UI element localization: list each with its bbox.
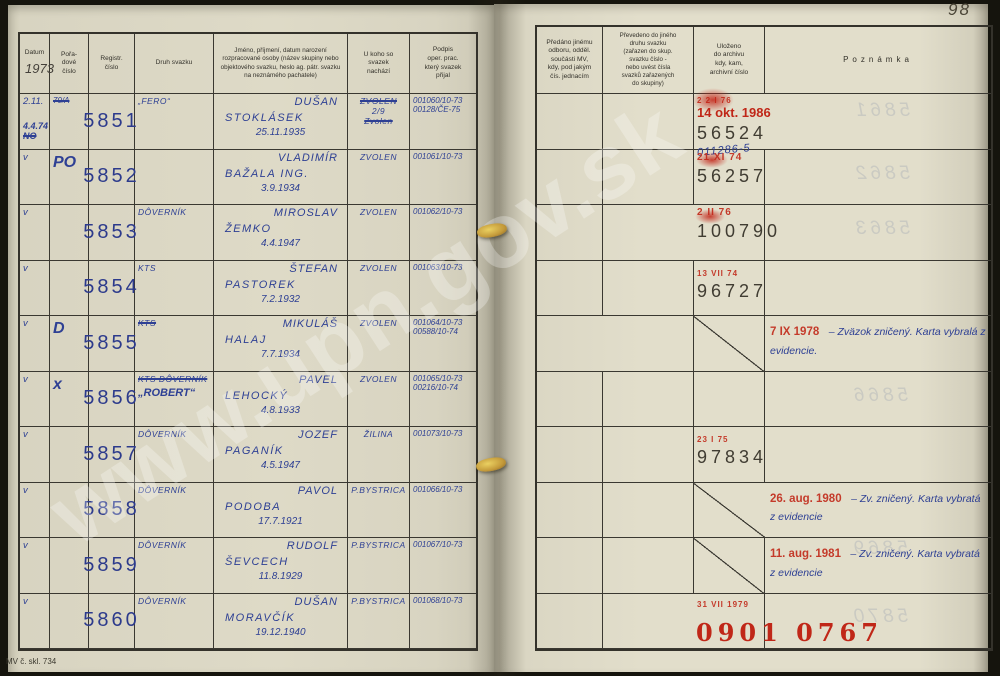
cell-podpis: 001073/10-73 — [410, 427, 476, 483]
header-podpis: Podpis oper. prac. který svazek přijal — [410, 34, 476, 94]
cell-prevedeno — [603, 150, 694, 206]
cell-predano — [537, 538, 603, 594]
ghost-number: 5863 — [852, 218, 910, 240]
header-poradove-cislo: Pořa- dové číslo — [50, 34, 89, 94]
cell-registr: 5851 — [89, 94, 135, 150]
cell-druh: DÔVERNÍK — [135, 205, 214, 261]
ink-blot — [696, 152, 728, 168]
cell-druh: KTS — [135, 316, 214, 372]
cell-jmeno: DUŠAN MORAVČÍK 19.12.1940 — [214, 594, 348, 650]
cell-ulozeno-crossed — [694, 316, 765, 372]
cell-poznamka: 7 IX 1978 – Zväzok zničený. Karta vybral… — [765, 316, 991, 372]
cell-podpis: 001061/10-73 — [410, 150, 476, 206]
cell-jmeno: MIROSLAV ŽEMKO 4.4.1947 — [214, 205, 348, 261]
cell-ukoho: P.BYSTRICA — [348, 483, 410, 539]
cell-datum: v — [20, 316, 50, 372]
cell-ukoho: ZVOLEN — [348, 205, 410, 261]
cell-datum: v — [20, 261, 50, 317]
cell-jmeno: DUŠAN STOKLÁSEK 25.11.1935 — [214, 94, 348, 150]
cell-registr: 5857 — [89, 427, 135, 483]
header-ulozeno: Uloženo do archivu kdy, kam, archivní čí… — [694, 27, 765, 94]
cell-datum: v — [20, 372, 50, 428]
ink-blot — [692, 88, 734, 112]
cell-ulozeno: 23 I 75 97834 — [694, 427, 765, 483]
cell-registr: 5859 — [89, 538, 135, 594]
cell-prevedeno — [603, 261, 694, 317]
header-poznamka: Poznámka — [765, 27, 991, 94]
cell-jmeno: ŠTEFAN PASTOREK 7.2.1932 — [214, 261, 348, 317]
cell-prevedeno — [603, 594, 694, 650]
cell-podpis: 001067/10-73 — [410, 538, 476, 594]
cell-ulozeno-crossed — [694, 538, 765, 594]
cell-prevedeno — [603, 483, 694, 539]
cell-ukoho: P.BYSTRICA — [348, 538, 410, 594]
cell-podpis: 001065/10-73 00216/10-74 — [410, 372, 476, 428]
cell-predano — [537, 427, 603, 483]
cell-ulozeno: 31 VII 1979 0901 0767 — [694, 594, 765, 650]
cell-ulozeno — [694, 372, 765, 428]
cell-druh: DÔVERNÍK — [135, 594, 214, 650]
cell-druh: DÔVERNÍK — [135, 483, 214, 539]
cell-registr: 5854 — [89, 261, 135, 317]
cell-jmeno: PAVOL PODOBA 17.7.1921 — [214, 483, 348, 539]
header-prevedeno: Převedeno do jiného druhu svazku (zařaze… — [603, 27, 694, 94]
ink-blot — [695, 209, 725, 224]
cell-datum: v — [20, 483, 50, 539]
cell-ukoho: ZVOLEN — [348, 261, 410, 317]
cell-jmeno: JOZEF PAGANÍK 4.5.1947 — [214, 427, 348, 483]
ghost-number: 5866 — [850, 385, 908, 407]
page-number: 98 — [948, 0, 971, 20]
cell-prevedeno — [603, 316, 694, 372]
cell-podpis: 001063/10-73 — [410, 261, 476, 317]
cell-druh: KTS DÔVERNÍK „ROBERT“ — [135, 372, 214, 428]
cell-jmeno: MIKULÁŠ HALAJ 7.7.1934 — [214, 316, 348, 372]
header-predano: Předáno jinému odboru, odděl. součásti M… — [537, 27, 603, 94]
cell-registr: 5860 — [89, 594, 135, 650]
cell-predano — [537, 94, 603, 150]
cell-druh — [135, 150, 214, 206]
cell-registr: 5855 — [89, 316, 135, 372]
cell-registr: 5853 — [89, 205, 135, 261]
cell-ukoho: ZVOLEN — [348, 372, 410, 428]
cell-jmeno: RUDOLF ŠEVCECH 11.8.1929 — [214, 538, 348, 594]
cell-predano — [537, 594, 603, 650]
ghost-number: 5869 — [850, 538, 908, 560]
cell-podpis: 001066/10-73 — [410, 483, 476, 539]
cell-predano — [537, 150, 603, 206]
cell-registr: 5858 — [89, 483, 135, 539]
cell-predano — [537, 261, 603, 317]
cell-podpis: 001060/10-73 00128/ČE-75 — [410, 94, 476, 150]
cell-jmeno: PAVEL LEHOCKÝ 4.8.1933 — [214, 372, 348, 428]
cell-druh: „FERO“ — [135, 94, 214, 150]
cell-registr: 5856 — [89, 372, 135, 428]
cell-datum: v — [20, 205, 50, 261]
cell-prevedeno — [603, 372, 694, 428]
cell-predano — [537, 205, 603, 261]
cell-registr: 5852 — [89, 150, 135, 206]
cell-poznamka — [765, 261, 991, 317]
cell-prevedeno — [603, 205, 694, 261]
header-druh-svazku: Druh svazku — [135, 34, 214, 94]
cell-ulozeno: 13 VII 74 96727 — [694, 261, 765, 317]
cell-ukoho: ŽILINA — [348, 427, 410, 483]
header-u-koho: U koho so svazek nachází — [348, 34, 410, 94]
ghost-number: 5861 — [852, 100, 910, 122]
cell-ukoho: ZVOLEN — [348, 150, 410, 206]
cell-prevedeno — [603, 94, 694, 150]
cell-ukoho: P.BYSTRICA — [348, 594, 410, 650]
cell-ukoho: ZVOLEN 2/9 Zvolen — [348, 94, 410, 150]
cell-ukoho: ZVOLEN — [348, 316, 410, 372]
cell-jmeno: VLADIMÍR BAŽALA ING. 3.9.1934 — [214, 150, 348, 206]
cell-datum: v — [20, 150, 50, 206]
cell-podpis: 001062/10-73 — [410, 205, 476, 261]
form-number-label: MV č. skl. 734 — [6, 657, 56, 666]
cell-druh: DÔVERNÍK — [135, 538, 214, 594]
ghost-number: 5862 — [852, 163, 910, 185]
archive-number-stamp: 0901 0767 — [696, 618, 883, 647]
registry-table-left: Datum 1973 Pořa- dové číslo Registr. čís… — [18, 32, 478, 651]
cell-poznamka — [765, 427, 991, 483]
cell-podpis: 001064/10-73 00588/10-74 — [410, 316, 476, 372]
cell-druh: KTS — [135, 261, 214, 317]
cell-predano — [537, 372, 603, 428]
header-datum: Datum 1973 — [20, 34, 50, 94]
scanned-registry-spread: 98 5861 5862 5863 5866 5869 5870 Datum 1… — [0, 0, 1000, 676]
cell-predano — [537, 483, 603, 539]
cell-ulozeno-crossed — [694, 483, 765, 539]
cell-prevedeno — [603, 427, 694, 483]
header-jmeno: Jméno, příjmení, datum narození rozpraco… — [214, 34, 348, 94]
cell-datum: v — [20, 594, 50, 650]
cell-prevedeno — [603, 538, 694, 594]
cell-podpis: 001068/10-73 — [410, 594, 476, 650]
registry-table-right: Předáno jinému odboru, odděl. součásti M… — [535, 25, 993, 651]
cell-datum: 2.11. 4.4.74 NO — [20, 94, 50, 150]
cell-poznamka: 26. aug. 1980 – Zv. zničený. Karta vybra… — [765, 483, 991, 539]
cell-datum: v — [20, 538, 50, 594]
cell-datum: v — [20, 427, 50, 483]
cell-predano — [537, 316, 603, 372]
header-registr-cislo: Registr. číslo — [89, 34, 135, 94]
cell-druh: DÔVERNÍK — [135, 427, 214, 483]
